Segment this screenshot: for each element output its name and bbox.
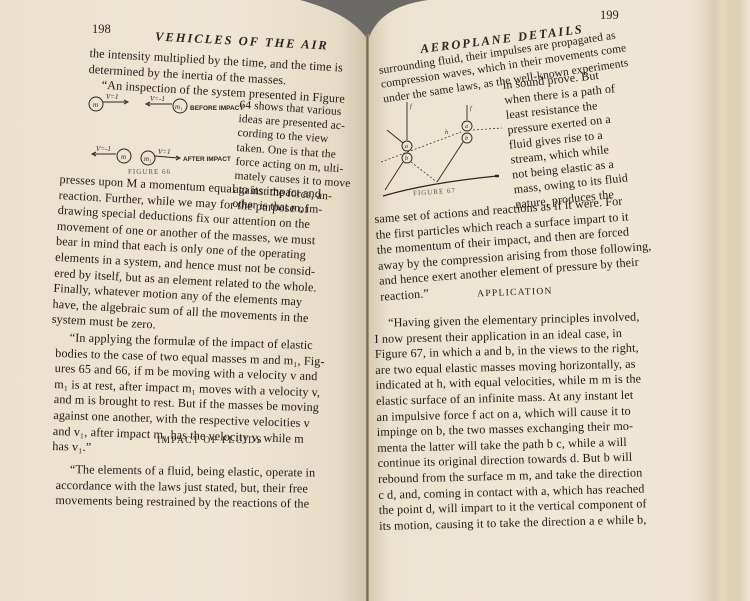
left-body-text: presses upon M a momentum equal to its i… (51, 172, 369, 345)
right-para2-text: “Having given the elementary principles … (374, 309, 684, 535)
left-para3-text: “The elements of a fluid, being elastic,… (55, 462, 366, 513)
svg-text:a: a (465, 124, 468, 130)
figure-66-caption: FIGURE 66 (128, 168, 171, 176)
left-page-number: 198 (92, 22, 111, 37)
figure-67: a b a b f f h FIGURE 67 (377, 100, 512, 200)
svg-text:f: f (410, 103, 413, 110)
svg-text:f: f (470, 105, 473, 112)
svg-text:b: b (405, 156, 408, 162)
svg-text:a: a (405, 144, 408, 150)
right-wrap-text: in sound prove. But when there is a path… (502, 62, 665, 212)
svg-text:V=-1: V=-1 (150, 95, 165, 103)
svg-text:m: m (93, 101, 98, 109)
right-page-number: 199 (600, 8, 619, 23)
figure-66: m V=1 V=-1 m₁ V=-1 m m₁ V=1 BEFORE IMPAC… (86, 92, 256, 172)
after-impact-label: AFTER IMPACT (183, 156, 231, 163)
before-impact-label: BEFORE IMPACT (190, 105, 243, 112)
svg-text:b: b (465, 136, 468, 142)
svg-text:V=1: V=1 (158, 148, 171, 156)
svg-text:h: h (445, 130, 448, 136)
left-section-heading: IMPACT OF FLUIDS (60, 434, 360, 450)
svg-text:V=-1: V=-1 (96, 145, 111, 153)
open-book-spread: 198 VEHICLES OF THE AIR the intensity mu… (0, 0, 750, 601)
svg-text:m₁: m₁ (175, 103, 183, 111)
svg-text:V=1: V=1 (106, 93, 119, 101)
figure-67-diagram: a b a b f f h (377, 100, 512, 200)
svg-text:m: m (121, 153, 126, 161)
svg-text:m₁: m₁ (144, 155, 152, 163)
page-edge-shadow (690, 0, 750, 601)
figure-66-diagram: m V=1 V=-1 m₁ V=-1 m m₁ V=1 BEFORE IMPAC… (86, 92, 256, 172)
